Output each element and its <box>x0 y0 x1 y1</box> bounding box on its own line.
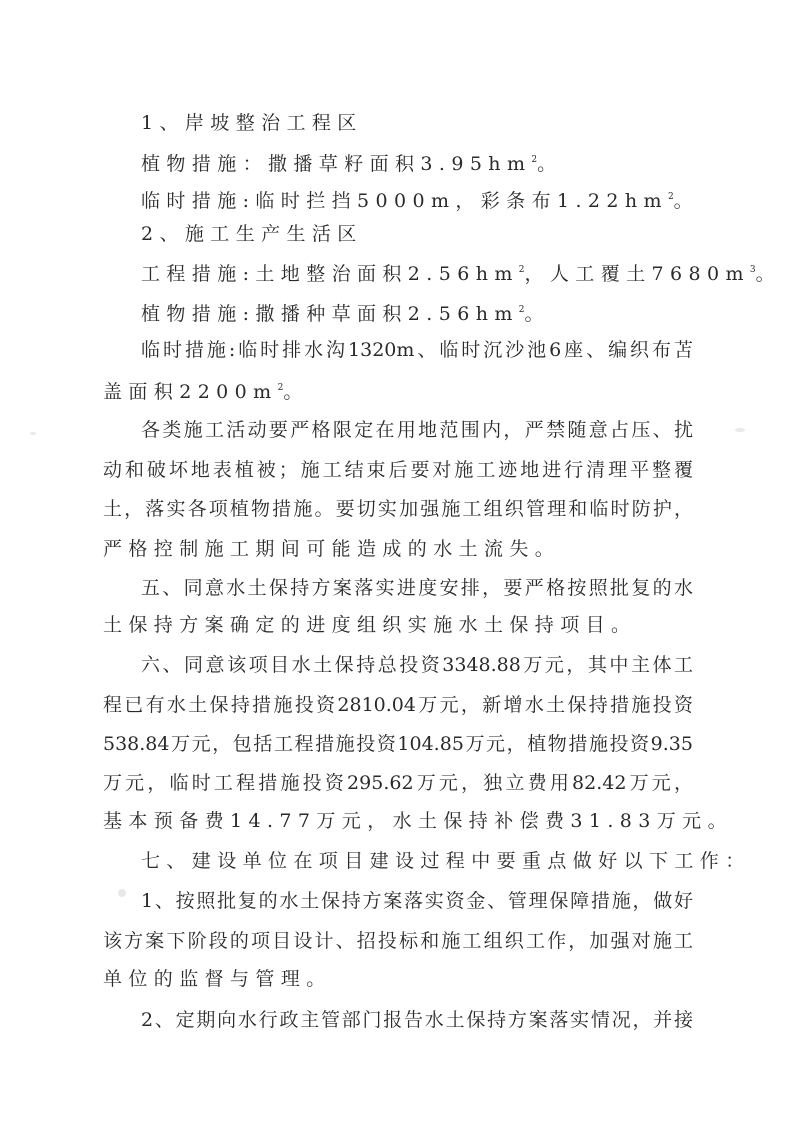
text-line: 盖面积2200m2。 <box>103 376 309 400</box>
text-line: 五、同意水土保持方案落实进度安排，要严格按照批复的水 <box>141 576 693 600</box>
text-line: 植物措施：撒播草籽面积3.95hm2。 <box>141 148 563 172</box>
scan-speck <box>30 432 36 435</box>
scan-speck <box>735 428 745 432</box>
text-line: 基本预备费14.77万元，水土保持补偿费31.83万元。 <box>103 809 733 833</box>
text-line: 土保持方案确定的进度组织实施水土保持项目。 <box>103 613 636 637</box>
text-line: 万元，临时工程措施投资295.62万元，独立费用82.42万元， <box>103 771 693 795</box>
text-line: 工程措施:土地整治面积2.56hm2，人工覆土7680m3。 <box>141 258 781 282</box>
text-line: 该方案下阶段的项目设计、招投标和施工组织工作，加强对施工 <box>103 929 693 953</box>
text-line: 2、施工生产生活区 <box>141 222 363 246</box>
text-line: 各类施工活动要严格限定在用地范围内，严禁随意占压、扰 <box>141 418 693 442</box>
text-line: 临时措施:临时排水沟1320m、临时沉沙池6座、编织布苫 <box>141 338 693 362</box>
text-line: 六、同意该项目水土保持总投资3348.88万元，其中主体工 <box>141 653 693 677</box>
text-line: 植物措施:撒播种草面积2.56hm2。 <box>141 298 550 322</box>
text-line: 1、岸坡整治工程区 <box>141 111 363 135</box>
text-line: 2、定期向水行政主管部门报告水土保持方案落实情况，并接 <box>141 1008 693 1032</box>
text-line: 七、建设单位在项目建设过程中要重点做好以下工作： <box>141 849 751 873</box>
scan-speck <box>118 889 126 897</box>
text-line: 538.84万元，包括工程措施投资104.85万元，植物措施投资9.35 <box>103 732 693 756</box>
text-line: 单位的监督与管理。 <box>103 967 332 991</box>
text-line: 严格控制施工期间可能造成的水土流失。 <box>103 537 560 561</box>
text-line: 土，落实各项植物措施。要切实加强施工组织管理和临时防护， <box>103 497 693 521</box>
text-line: 程已有水土保持措施投资2810.04万元，新增水土保持措施投资 <box>103 693 693 717</box>
text-line: 动和破坏地表植被；施工结束后要对施工迹地进行清理平整覆 <box>103 458 693 482</box>
text-line: 1、按照批复的水土保持方案落实资金、管理保障措施，做好 <box>141 889 693 913</box>
text-line: 临时措施:临时拦挡5000m，彩条布1.22hm2。 <box>141 185 699 209</box>
